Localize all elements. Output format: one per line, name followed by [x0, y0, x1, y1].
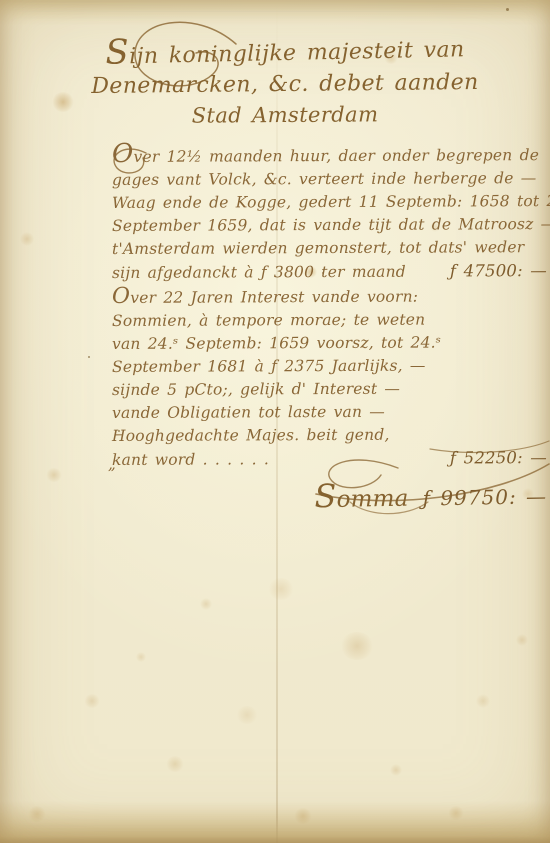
body-line: vande Obligatien tot laste van — [112, 400, 549, 425]
body-line: gages vant Volck, &c. verteert inde herb… [112, 167, 549, 192]
foxing-spot [20, 232, 34, 246]
manuscript-page: Sijn koninglijke majesteit van Denemarck… [0, 0, 550, 843]
foxing-spot [340, 632, 374, 660]
ink-speck [506, 8, 509, 11]
body-line: Waag ende de Kogge, gedert 11 Septemb: 1… [112, 190, 549, 215]
body-line: Sommien, à tempore morae; te weten [112, 308, 549, 333]
ink-speck [88, 356, 90, 358]
body-line: Over 22 Jaren Interest vande voorn: [112, 283, 549, 310]
foxing-spot [200, 598, 212, 610]
foxing-spot [448, 806, 464, 820]
amount-first: ƒ 47500: — [450, 259, 547, 282]
body-line-with-amount: sijn afgedanckt à ƒ 3800 ter maand ƒ 475… [112, 259, 549, 285]
body-line-text: kant word . . . . . . [112, 448, 269, 472]
document-body: Over 12½ maanden huur, daer onder begrep… [112, 142, 549, 515]
body-line: t'Amsterdam wierden gemonstert, tot dats… [112, 236, 549, 261]
foxing-spot [516, 634, 528, 646]
foxing-spot [476, 694, 490, 708]
body-line: September 1681 à ƒ 2375 Jaarlijks, — [112, 354, 549, 379]
heading-line-2: Denemarcken, &c. debet aanden [60, 67, 510, 103]
body-line: sijnde 5 pCto;, gelijk d' Interest — [112, 377, 549, 402]
foxing-spot [294, 808, 312, 824]
somma-amount: ƒ 99750: — [422, 484, 547, 510]
body-line-with-amount: kant word . . . . . . ƒ 52250: — [112, 446, 549, 472]
document-heading: Sijn koninglijke majesteit van Denemarck… [60, 34, 510, 131]
somma-label: Somma [314, 476, 409, 516]
somma-total-row: Somma ƒ 99750: — [112, 473, 550, 519]
amount-second: ƒ 52250: — [450, 446, 547, 469]
margin-quote-mark: „ [108, 455, 116, 473]
foxing-spot [236, 706, 258, 724]
foxing-spot [166, 756, 184, 772]
foxing-spot [84, 694, 100, 708]
foxing-spot [46, 468, 62, 482]
foxing-spot [268, 578, 294, 600]
foxing-spot [390, 764, 402, 776]
foxing-spot [136, 652, 146, 662]
body-line: van 24.ˢ Septemb: 1659 voorsz, tot 24.ˢ [112, 331, 549, 356]
body-line: September 1659, dat is vande tijt dat de… [112, 213, 549, 238]
foxing-spot [28, 806, 46, 822]
body-line: Hooghgedachte Majes. beit gend, [112, 423, 549, 448]
body-line-text: sijn afgedanckt à ƒ 3800 ter maand [112, 261, 406, 285]
body-line: Over 12½ maanden huur, daer onder begrep… [112, 141, 549, 169]
heading-line-3: Stad Amsterdam [60, 98, 510, 132]
